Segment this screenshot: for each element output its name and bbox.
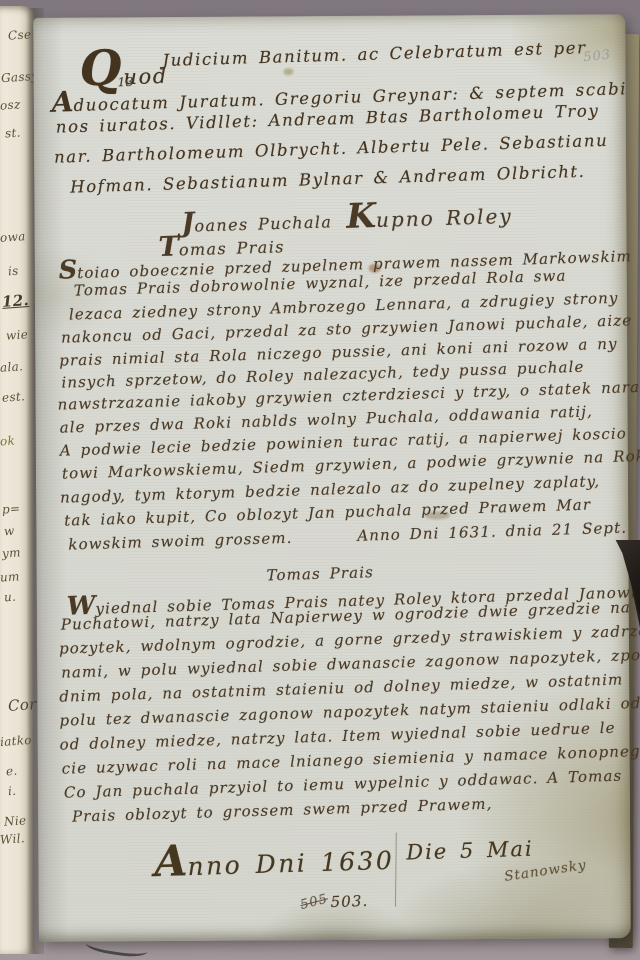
header-line: Judicium Banitum. ac Celebratum est per — [162, 38, 587, 70]
margin-fragment: u. — [4, 590, 17, 605]
header-line: nar. Bartholomeum Olbrycht. Albertu Pele… — [54, 131, 609, 167]
entry-closing: kowskim swoim grossem. — [68, 529, 293, 554]
margin-fragment: i. — [8, 784, 17, 799]
margin-fragment: um — [0, 569, 20, 584]
entry2-day-date: Die 5 Mai — [406, 837, 534, 865]
paper-crease — [395, 833, 397, 907]
margin-fragment: st. — [5, 125, 22, 140]
manuscript-page: 503 Quod 13 Judicium Banitum. ac Celebra… — [33, 14, 631, 942]
margin-fragment: Nie — [4, 813, 27, 829]
margin-fragment: is — [8, 264, 20, 279]
margin-fragment: osz — [0, 97, 21, 112]
margin-fragment: owa — [0, 229, 26, 245]
margin-fragment: ym — [2, 545, 22, 560]
entry2-subtitle: Tomas Prais — [266, 563, 374, 584]
margin-fragment: Wil. — [0, 831, 25, 847]
margin-fragment: w — [4, 524, 16, 539]
record-title: Kupno Roley — [346, 192, 513, 237]
margin-fragment: ala. — [0, 359, 24, 375]
margin-fragment: est. — [2, 389, 26, 405]
margin-fragment: e. — [6, 764, 18, 779]
folio-number-pencil: 503 — [583, 47, 612, 65]
entry2-anno-date: Anno Dni 1630 — [154, 830, 395, 887]
margin-fragment: ok — [0, 433, 16, 448]
margin-fragment: p= — [2, 501, 21, 516]
folio-number-old: 505 — [299, 891, 330, 913]
folio-number: 503. — [330, 892, 368, 911]
paper-stain — [283, 68, 293, 75]
entry1-date: Anno Dni 1631. dnia 21 Sept. — [357, 519, 627, 545]
